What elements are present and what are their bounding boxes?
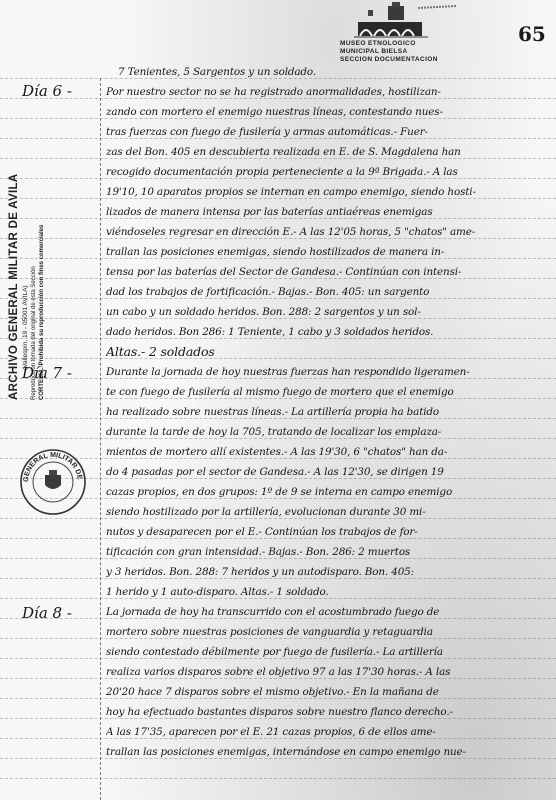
archive-stamp-address: (Vallespín, 19 - 05001 AVILA)	[22, 150, 29, 370]
ruled-line	[0, 518, 556, 519]
museum-stamp: MUSEO ETNOLOGICO MUNICIPAL BIELSA SECCIO…	[338, 2, 468, 64]
ruled-line	[0, 638, 556, 639]
intro-line: 7 Tenientes, 5 Sargentos y un soldado.	[118, 66, 556, 78]
scanned-document-page: MUSEO ETNOLOGICO MUNICIPAL BIELSA SECCIO…	[0, 0, 556, 800]
day8-line: trallan las posiciones enemigas, interná…	[106, 746, 552, 758]
day7-line: te con fuego de fusilería al mismo fuego…	[106, 386, 552, 398]
ruled-line	[0, 598, 556, 599]
day6-line: viéndoseles regresar en dirección E.- A …	[106, 226, 552, 238]
day7-line: 1 herido y 1 auto-disparo. Altas.- 1 sol…	[106, 586, 552, 598]
ruled-line	[0, 258, 556, 259]
ruled-line	[0, 238, 556, 239]
ruled-line	[0, 778, 556, 779]
day8-line: La jornada de hoy ha transcurrido con el…	[106, 606, 552, 618]
ruled-line	[0, 698, 556, 699]
ruled-line	[0, 658, 556, 659]
day6-line: dad los trabajos de fortificación.- Baja…	[106, 286, 552, 298]
day8-line: A las 17'35, aparecen por el E. 21 cazas…	[106, 726, 552, 738]
museum-building-icon	[348, 2, 458, 40]
day6-line: zando con mortero el enemigo nuestras lí…	[106, 106, 552, 118]
day6-line: tensa por las baterías del Sector de Gan…	[106, 266, 552, 278]
ruled-line	[0, 78, 556, 79]
archive-seal: GENERAL MILITAR DE AVILA	[18, 447, 88, 517]
day8-line: siendo contestado débilmente por fuego d…	[106, 646, 552, 658]
ruled-line	[0, 538, 556, 539]
ruled-line	[0, 678, 556, 679]
day7-line: Durante la jornada de hoy nuestras fuerz…	[106, 366, 552, 378]
day7-line: tificación con gran intensidad.- Bajas.-…	[106, 546, 552, 558]
day7-line: siendo hostilizado por la artillería, ev…	[106, 506, 552, 518]
day8-line: mortero sobre nuestras posiciones de van…	[106, 626, 552, 638]
ruled-line	[0, 378, 556, 379]
ruled-line	[0, 98, 556, 99]
museum-stamp-line-1: MUSEO ETNOLOGICO	[340, 40, 416, 47]
museum-stamp-line-3: SECCION DOCUMENTACION	[340, 56, 438, 63]
ruled-line	[0, 718, 556, 719]
page-number: 65	[518, 22, 546, 46]
day6-line: Por nuestro sector no se ha registrado a…	[106, 86, 552, 98]
day7-line: durante la tarde de hoy la 705, tratando…	[106, 426, 552, 438]
day6-line: Altas.- 2 soldados	[106, 344, 552, 359]
day8-line: 20'20 hace 7 disparos sobre el mismo obj…	[106, 686, 552, 698]
archive-stamp-courtesy-note: CORTESIA.-Prohibida su reproducción con …	[39, 150, 45, 400]
margin-line	[100, 78, 101, 800]
ruled-line	[0, 738, 556, 739]
day8-line: hoy ha efectuado bastantes disparos sobr…	[106, 706, 552, 718]
ruled-line	[0, 218, 556, 219]
day6-line: trallan las posiciones enemigas, siendo …	[106, 246, 552, 258]
ruled-line	[0, 118, 556, 119]
day6-line: dado heridos. Bon 286: 1 Teniente, 1 cab…	[106, 326, 552, 338]
day-label-6: Día 6 -	[22, 82, 72, 100]
ruled-line	[0, 618, 556, 619]
ruled-line	[0, 558, 556, 559]
ruled-line	[0, 338, 556, 339]
seal-emblem-icon: GENERAL MILITAR DE AVILA	[18, 447, 88, 517]
ruled-line	[0, 438, 556, 439]
day7-line: do 4 pasadas por el sector de Gandesa.- …	[106, 466, 552, 478]
ruled-line	[0, 278, 556, 279]
day6-line: tras fuerzas con fuego de fusilería y ar…	[106, 126, 552, 138]
ruled-line	[0, 138, 556, 139]
ruled-line	[0, 398, 556, 399]
day6-line: zas del Bon. 405 en descubierta realizad…	[106, 146, 552, 158]
day7-line: mientos de mortero allí existentes.- A l…	[106, 446, 552, 458]
archive-stamp: ARCHIVO GENERAL MILITAR DE AVILA (Valles…	[8, 150, 70, 400]
archive-stamp-reproduction-note: Reproducción tomada del original de esta…	[31, 150, 37, 400]
day-label-8: Día 8 -	[22, 604, 72, 622]
ruled-line	[0, 578, 556, 579]
day6-line: 19'10, 10 aparatos propios se internan e…	[106, 186, 552, 198]
ruled-line	[0, 418, 556, 419]
ruled-line	[0, 178, 556, 179]
day6-line: recogido documentación propia pertenecie…	[106, 166, 552, 178]
day7-line: cazas propios, en dos grupos: 1º de 9 se…	[106, 486, 552, 498]
day8-line: realiza varios disparos sobre el objetiv…	[106, 666, 552, 678]
day6-line: lizados de manera intensa por las baterí…	[106, 206, 552, 218]
day-label-7: Día 7 -	[22, 364, 72, 382]
day7-line: y 3 heridos. Bon. 288: 7 heridos y un au…	[106, 566, 552, 578]
ruled-line	[0, 158, 556, 159]
ruled-line	[0, 298, 556, 299]
ruled-line	[0, 758, 556, 759]
archive-stamp-title: ARCHIVO GENERAL MILITAR DE AVILA	[8, 150, 20, 400]
museum-stamp-line-2: MUNICIPAL BIELSA	[340, 48, 408, 55]
day7-line: ha realizado sobre nuestras líneas.- La …	[106, 406, 552, 418]
day6-line: un cabo y un soldado heridos. Bon. 288: …	[106, 306, 552, 318]
day7-line: nutos y desaparecen por el E.- Continúan…	[106, 526, 552, 538]
ruled-line	[0, 198, 556, 199]
ruled-line	[0, 318, 556, 319]
